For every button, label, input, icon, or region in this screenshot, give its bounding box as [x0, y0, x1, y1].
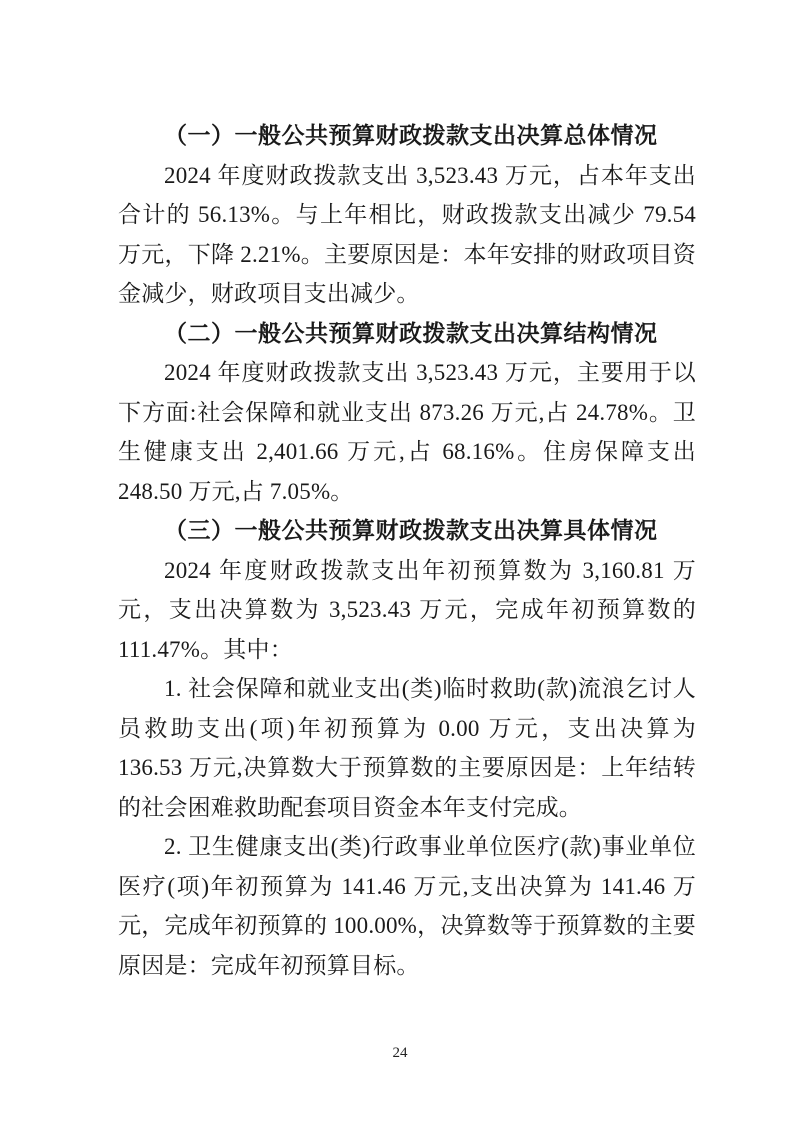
paragraph: 2024 年度财政拨款支出年初预算数为 3,160.81 万元，支出决算数为 3…: [118, 551, 696, 670]
page-footer: 24: [0, 1044, 800, 1062]
section-heading-1: （一）一般公共预算财政拨款支出决算总体情况: [118, 116, 696, 156]
paragraph: 2024 年度财政拨款支出 3,523.43 万元，占本年支出合计的 56.13…: [118, 156, 696, 314]
document-body: （一）一般公共预算财政拨款支出决算总体情况 2024 年度财政拨款支出 3,52…: [118, 116, 696, 985]
paragraph: 2024 年度财政拨款支出 3,523.43 万元，主要用于以下方面:社会保障和…: [118, 353, 696, 511]
section-heading-3: （三）一般公共预算财政拨款支出决算具体情况: [118, 511, 696, 551]
paragraph: 2. 卫生健康支出(类)行政事业单位医疗(款)事业单位医疗(项)年初预算为 14…: [118, 827, 696, 985]
document-page: （一）一般公共预算财政拨款支出决算总体情况 2024 年度财政拨款支出 3,52…: [0, 0, 800, 1131]
section-heading-2: （二）一般公共预算财政拨款支出决算结构情况: [118, 314, 696, 354]
page-number: 24: [393, 1045, 408, 1061]
paragraph: 1. 社会保障和就业支出(类)临时救助(款)流浪乞讨人员救助支出(项)年初预算为…: [118, 669, 696, 827]
